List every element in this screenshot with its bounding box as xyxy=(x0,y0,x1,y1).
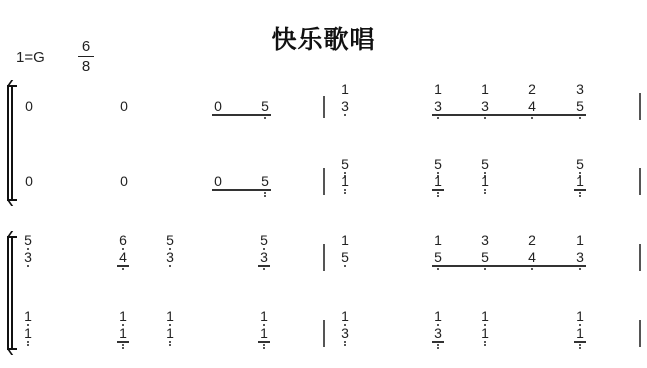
note-digit: 3 xyxy=(478,99,492,113)
note-digit: 3 xyxy=(163,250,177,264)
note-digit: 0 xyxy=(117,99,131,113)
system-2-bracket-icon xyxy=(7,236,17,350)
note-digit: 1 xyxy=(21,309,35,323)
octave-dot-icon xyxy=(579,344,581,346)
octave-dot-icon xyxy=(344,192,346,194)
octave-dot-icon xyxy=(169,265,171,267)
note-digit: 4 xyxy=(116,250,130,264)
note-digit: 5 xyxy=(431,250,445,264)
octave-dot-icon xyxy=(484,268,486,270)
note-digit: 1 xyxy=(573,233,587,247)
note-digit: 1 xyxy=(431,174,445,188)
octave-dot-icon xyxy=(579,195,581,197)
note-digit: 0 xyxy=(117,174,131,188)
octave-dot-icon xyxy=(437,347,439,349)
system-1-lower-barline-mid xyxy=(323,168,325,195)
note-digit: 6 xyxy=(116,233,130,247)
note-digit: 0 xyxy=(22,99,36,113)
note-digit: 1 xyxy=(338,174,352,188)
octave-dot-icon xyxy=(344,114,346,116)
note-digit: 3 xyxy=(573,82,587,96)
octave-dot-icon xyxy=(27,341,29,343)
system-1-bracket-icon xyxy=(7,85,17,201)
octave-dot-icon xyxy=(437,344,439,346)
octave-dot-icon xyxy=(122,268,124,270)
octave-dot-icon xyxy=(169,344,171,346)
system-2-upper-barline-end xyxy=(639,244,641,271)
note-digit: 1 xyxy=(116,326,130,340)
octave-dot-icon xyxy=(169,341,171,343)
octave-dot-icon xyxy=(437,117,439,119)
note-digit: 1 xyxy=(573,309,587,323)
octave-dot-icon xyxy=(531,268,533,270)
eighth-beam xyxy=(432,265,586,267)
octave-dot-icon xyxy=(263,268,265,270)
octave-dot-icon xyxy=(579,192,581,194)
system-2-lower-barline-end xyxy=(639,320,641,347)
note-digit: 5 xyxy=(258,174,272,188)
note-digit: 1 xyxy=(163,326,177,340)
octave-dot-icon xyxy=(437,268,439,270)
note-digit: 1 xyxy=(163,309,177,323)
octave-dot-icon xyxy=(484,344,486,346)
octave-dot-icon xyxy=(264,195,266,197)
octave-dot-icon xyxy=(531,117,533,119)
note-digit: 5 xyxy=(338,250,352,264)
score-title: 快乐歌唱 xyxy=(0,20,647,56)
eighth-beam xyxy=(212,189,271,191)
note-digit: 1 xyxy=(431,82,445,96)
note-digit: 5 xyxy=(573,99,587,113)
note-digit: 3 xyxy=(431,326,445,340)
system-2-upper-barline-mid xyxy=(323,244,325,271)
note-digit: 5 xyxy=(478,250,492,264)
system-1-upper-barline-mid xyxy=(323,96,325,118)
time-signature-divider xyxy=(78,56,94,57)
time-signature: 6 8 xyxy=(78,38,94,75)
note-digit: 5 xyxy=(573,157,587,171)
time-signature-denominator: 8 xyxy=(78,58,94,75)
eighth-beam xyxy=(574,189,586,191)
note-digit: 5 xyxy=(257,233,271,247)
note-digit: 5 xyxy=(431,157,445,171)
note-digit: 1 xyxy=(573,326,587,340)
eighth-beam xyxy=(117,341,129,343)
note-digit: 1 xyxy=(21,326,35,340)
note-digit: 3 xyxy=(573,250,587,264)
octave-dot-icon xyxy=(122,344,124,346)
note-digit: 1 xyxy=(257,309,271,323)
note-digit: 1 xyxy=(431,233,445,247)
note-digit: 5 xyxy=(258,99,272,113)
note-digit: 3 xyxy=(338,326,352,340)
octave-dot-icon xyxy=(122,347,124,349)
note-digit: 1 xyxy=(431,309,445,323)
octave-dot-icon xyxy=(263,344,265,346)
note-digit: 1 xyxy=(338,233,352,247)
octave-dot-icon xyxy=(263,347,265,349)
note-digit: 3 xyxy=(478,233,492,247)
eighth-beam xyxy=(574,341,586,343)
system-1-lower-barline-end xyxy=(639,168,641,195)
octave-dot-icon xyxy=(579,117,581,119)
octave-dot-icon xyxy=(344,344,346,346)
octave-dot-icon xyxy=(579,268,581,270)
eighth-beam xyxy=(258,341,270,343)
note-digit: 4 xyxy=(525,99,539,113)
note-digit: 3 xyxy=(338,99,352,113)
note-digit: 5 xyxy=(163,233,177,247)
eighth-beam xyxy=(432,341,444,343)
key-signature: 1=G xyxy=(16,49,45,66)
octave-dot-icon xyxy=(484,341,486,343)
note-digit: 1 xyxy=(338,309,352,323)
note-digit: 0 xyxy=(22,174,36,188)
note-digit: 3 xyxy=(21,250,35,264)
note-digit: 1 xyxy=(338,82,352,96)
eighth-beam xyxy=(212,114,271,116)
note-digit: 1 xyxy=(478,82,492,96)
eighth-beam xyxy=(432,189,444,191)
note-digit: 1 xyxy=(573,174,587,188)
eighth-beam xyxy=(117,265,129,267)
note-digit: 1 xyxy=(116,309,130,323)
note-digit: 1 xyxy=(478,174,492,188)
note-digit: 5 xyxy=(478,157,492,171)
octave-dot-icon xyxy=(27,265,29,267)
system-1-upper-barline-end xyxy=(639,93,641,120)
note-digit: 1 xyxy=(478,309,492,323)
system-2-lower-barline-mid xyxy=(323,320,325,347)
octave-dot-icon xyxy=(264,192,266,194)
octave-dot-icon xyxy=(437,192,439,194)
octave-dot-icon xyxy=(484,192,486,194)
note-digit: 0 xyxy=(211,99,225,113)
eighth-beam xyxy=(432,114,586,116)
octave-dot-icon xyxy=(344,265,346,267)
note-digit: 5 xyxy=(21,233,35,247)
octave-dot-icon xyxy=(484,117,486,119)
octave-dot-icon xyxy=(484,189,486,191)
note-digit: 2 xyxy=(525,82,539,96)
octave-dot-icon xyxy=(579,347,581,349)
octave-dot-icon xyxy=(264,117,266,119)
octave-dot-icon xyxy=(437,195,439,197)
octave-dot-icon xyxy=(27,344,29,346)
note-digit: 2 xyxy=(525,233,539,247)
note-digit: 1 xyxy=(478,326,492,340)
note-digit: 5 xyxy=(338,157,352,171)
eighth-beam xyxy=(258,265,270,267)
note-digit: 3 xyxy=(257,250,271,264)
octave-dot-icon xyxy=(344,189,346,191)
octave-dot-icon xyxy=(344,341,346,343)
note-digit: 4 xyxy=(525,250,539,264)
time-signature-numerator: 6 xyxy=(78,38,94,55)
note-digit: 3 xyxy=(431,99,445,113)
note-digit: 0 xyxy=(211,174,225,188)
note-digit: 1 xyxy=(257,326,271,340)
